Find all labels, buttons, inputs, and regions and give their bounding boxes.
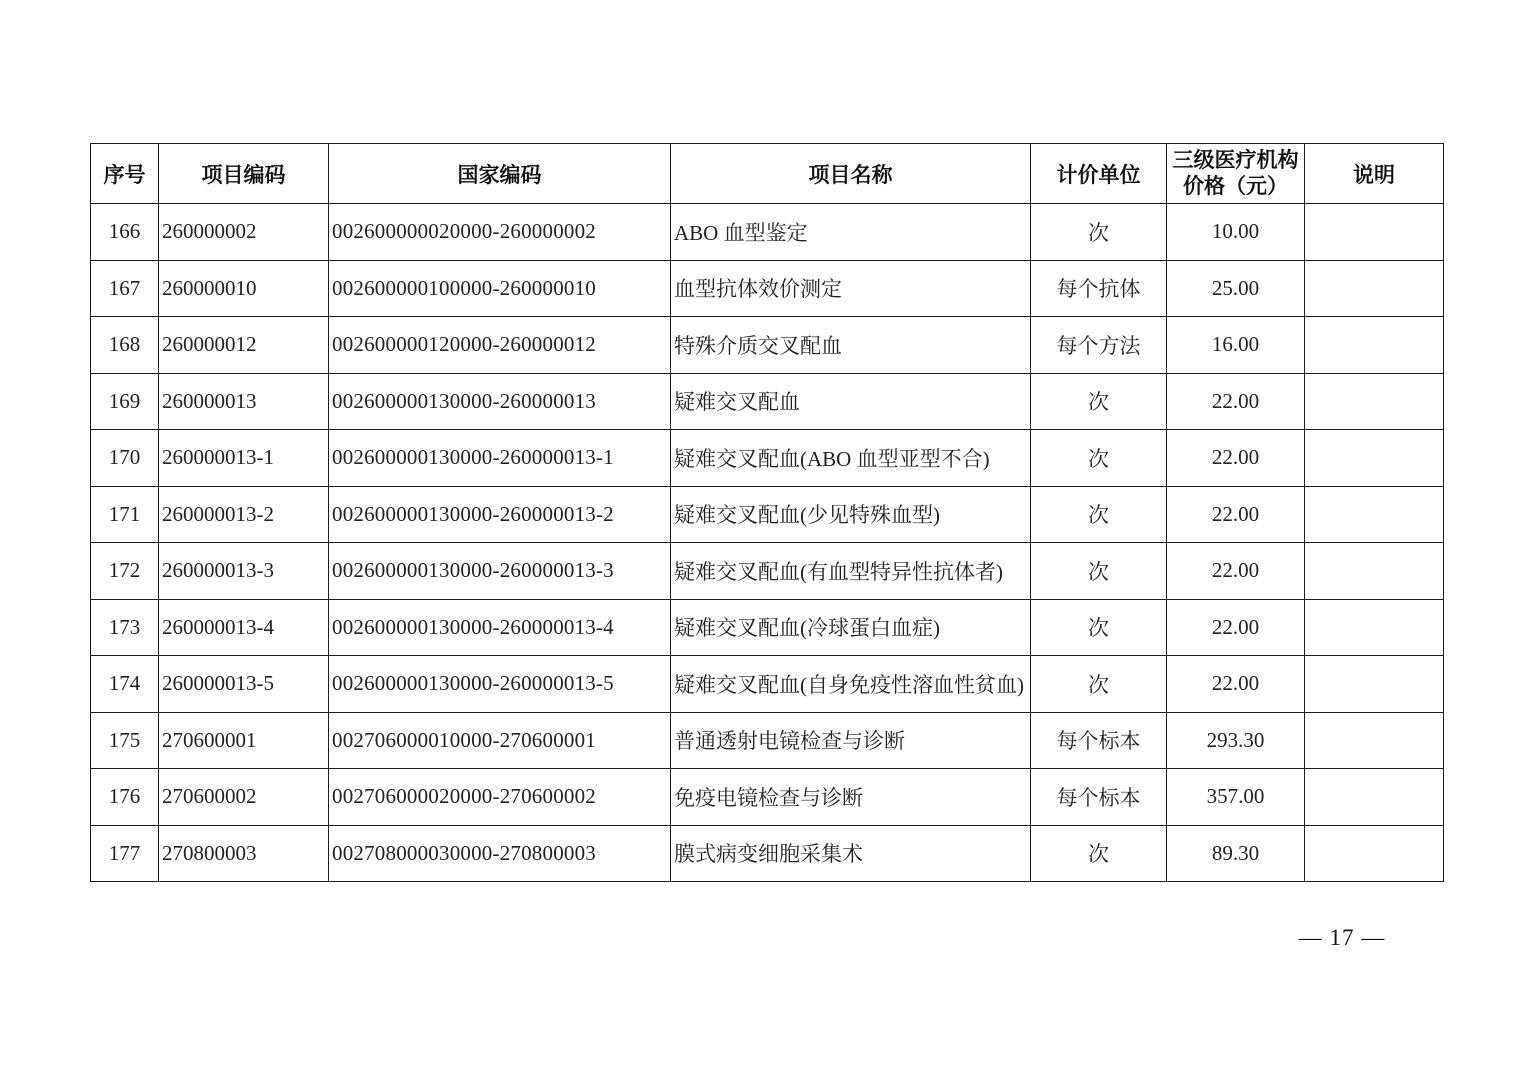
col-header-national-code: 国家编码: [329, 144, 671, 204]
cell-national-code: 002600000130000-260000013-2: [329, 486, 671, 543]
cell-national-code: 002600000130000-260000013-4: [329, 599, 671, 656]
table-row: 174 260000013-5 002600000130000-26000001…: [91, 656, 1444, 713]
cell-price: 357.00: [1167, 769, 1305, 826]
cell-unit: 次: [1031, 656, 1167, 713]
cell-project-code: 260000013-4: [159, 599, 329, 656]
cell-project-name: 疑难交叉配血: [671, 373, 1031, 430]
cell-national-code: 002600000130000-260000013: [329, 373, 671, 430]
cell-project-name: 疑难交叉配血(有血型特异性抗体者): [671, 543, 1031, 600]
cell-seq: 170: [91, 430, 159, 487]
cell-project-code: 270600002: [159, 769, 329, 826]
cell-seq: 171: [91, 486, 159, 543]
col-header-project-name: 项目名称: [671, 144, 1031, 204]
cell-project-name: 疑难交叉配血(ABO 血型亚型不合): [671, 430, 1031, 487]
cell-project-code: 270600001: [159, 712, 329, 769]
cell-note: [1305, 486, 1444, 543]
cell-national-code: 002600000120000-260000012: [329, 317, 671, 374]
cell-price: 22.00: [1167, 543, 1305, 600]
cell-note: [1305, 430, 1444, 487]
table-row: 170 260000013-1 002600000130000-26000001…: [91, 430, 1444, 487]
col-header-seq: 序号: [91, 144, 159, 204]
cell-project-name: 疑难交叉配血(冷球蛋白血症): [671, 599, 1031, 656]
cell-national-code: 002706000020000-270600002: [329, 769, 671, 826]
cell-note: [1305, 543, 1444, 600]
cell-project-code: 260000013-5: [159, 656, 329, 713]
cell-seq: 175: [91, 712, 159, 769]
cell-note: [1305, 656, 1444, 713]
col-header-unit: 计价单位: [1031, 144, 1167, 204]
table-row: 177 270800003 002708000030000-270800003 …: [91, 825, 1444, 882]
table-row: 167 260000010 002600000100000-260000010 …: [91, 260, 1444, 317]
cell-note: [1305, 373, 1444, 430]
cell-national-code: 002600000100000-260000010: [329, 260, 671, 317]
cell-national-code: 002600000020000-260000002: [329, 204, 671, 261]
cell-project-code: 260000010: [159, 260, 329, 317]
table-row: 168 260000012 002600000120000-260000012 …: [91, 317, 1444, 374]
cell-price: 22.00: [1167, 656, 1305, 713]
cell-project-name: 普通透射电镜检查与诊断: [671, 712, 1031, 769]
cell-unit: 每个方法: [1031, 317, 1167, 374]
cell-seq: 166: [91, 204, 159, 261]
cell-unit: 次: [1031, 543, 1167, 600]
cell-project-code: 260000013-3: [159, 543, 329, 600]
cell-project-code: 270800003: [159, 825, 329, 882]
table-row: 169 260000013 002600000130000-260000013 …: [91, 373, 1444, 430]
cell-price: 22.00: [1167, 486, 1305, 543]
table-header-row: 序号 项目编码 国家编码 项目名称 计价单位 三级医疗机构 价格（元） 说明: [91, 144, 1444, 204]
cell-note: [1305, 260, 1444, 317]
cell-seq: 169: [91, 373, 159, 430]
cell-seq: 173: [91, 599, 159, 656]
cell-price: 16.00: [1167, 317, 1305, 374]
cell-price: 22.00: [1167, 599, 1305, 656]
cell-project-name: 特殊介质交叉配血: [671, 317, 1031, 374]
cell-unit: 次: [1031, 430, 1167, 487]
cell-unit: 次: [1031, 204, 1167, 261]
table-row: 173 260000013-4 002600000130000-26000001…: [91, 599, 1444, 656]
cell-seq: 167: [91, 260, 159, 317]
cell-price: 22.00: [1167, 373, 1305, 430]
cell-project-name: 疑难交叉配血(自身免疫性溶血性贫血): [671, 656, 1031, 713]
cell-project-code: 260000013-2: [159, 486, 329, 543]
cell-project-name: 免疫电镜检查与诊断: [671, 769, 1031, 826]
cell-unit: 每个抗体: [1031, 260, 1167, 317]
cell-project-name: 膜式病变细胞采集术: [671, 825, 1031, 882]
col-header-price: 三级医疗机构 价格（元）: [1167, 144, 1305, 204]
cell-unit: 次: [1031, 373, 1167, 430]
cell-project-name: ABO 血型鉴定: [671, 204, 1031, 261]
cell-price: 89.30: [1167, 825, 1305, 882]
cell-note: [1305, 204, 1444, 261]
cell-national-code: 002600000130000-260000013-1: [329, 430, 671, 487]
cell-note: [1305, 825, 1444, 882]
cell-note: [1305, 599, 1444, 656]
document-page: 序号 项目编码 国家编码 项目名称 计价单位 三级医疗机构 价格（元） 说明 1…: [0, 0, 1520, 1074]
cell-unit: 次: [1031, 825, 1167, 882]
col-header-note: 说明: [1305, 144, 1444, 204]
table-row: 171 260000013-2 002600000130000-26000001…: [91, 486, 1444, 543]
table-body: 166 260000002 002600000020000-260000002 …: [91, 204, 1444, 882]
col-header-price-line1: 三级医疗机构: [1168, 148, 1303, 174]
cell-note: [1305, 317, 1444, 374]
table-head: 序号 项目编码 国家编码 项目名称 计价单位 三级医疗机构 价格（元） 说明: [91, 144, 1444, 204]
cell-project-code: 260000013: [159, 373, 329, 430]
cell-note: [1305, 769, 1444, 826]
cell-unit: 次: [1031, 599, 1167, 656]
cell-project-code: 260000002: [159, 204, 329, 261]
cell-project-name: 血型抗体效价测定: [671, 260, 1031, 317]
cell-seq: 174: [91, 656, 159, 713]
cell-unit: 次: [1031, 486, 1167, 543]
cell-national-code: 002708000030000-270800003: [329, 825, 671, 882]
col-header-project-code: 项目编码: [159, 144, 329, 204]
table-row: 166 260000002 002600000020000-260000002 …: [91, 204, 1444, 261]
cell-project-name: 疑难交叉配血(少见特殊血型): [671, 486, 1031, 543]
medical-price-table: 序号 项目编码 国家编码 项目名称 计价单位 三级医疗机构 价格（元） 说明 1…: [90, 143, 1444, 882]
col-header-price-line2: 价格（元）: [1168, 174, 1303, 200]
cell-seq: 177: [91, 825, 159, 882]
cell-unit: 每个标本: [1031, 769, 1167, 826]
cell-price: 10.00: [1167, 204, 1305, 261]
cell-seq: 168: [91, 317, 159, 374]
cell-seq: 172: [91, 543, 159, 600]
cell-project-code: 260000012: [159, 317, 329, 374]
table-row: 176 270600002 002706000020000-270600002 …: [91, 769, 1444, 826]
cell-national-code: 002600000130000-260000013-3: [329, 543, 671, 600]
page-number: — 17 —: [1262, 925, 1422, 951]
table-row: 175 270600001 002706000010000-270600001 …: [91, 712, 1444, 769]
cell-price: 22.00: [1167, 430, 1305, 487]
cell-unit: 每个标本: [1031, 712, 1167, 769]
cell-national-code: 002600000130000-260000013-5: [329, 656, 671, 713]
table-row: 172 260000013-3 002600000130000-26000001…: [91, 543, 1444, 600]
cell-project-code: 260000013-1: [159, 430, 329, 487]
cell-price: 293.30: [1167, 712, 1305, 769]
cell-price: 25.00: [1167, 260, 1305, 317]
cell-seq: 176: [91, 769, 159, 826]
cell-national-code: 002706000010000-270600001: [329, 712, 671, 769]
cell-note: [1305, 712, 1444, 769]
